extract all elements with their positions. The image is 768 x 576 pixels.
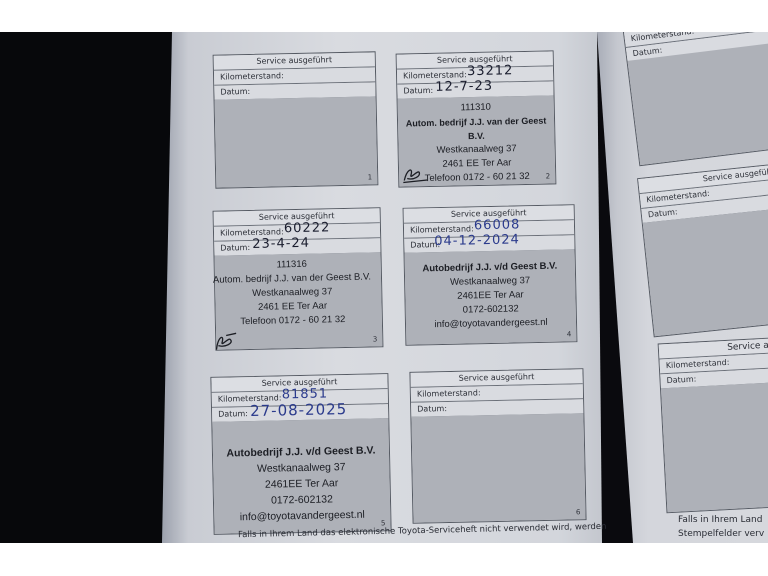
service-card-6: Service ausgeführt Kilometerstand: Datum…: [409, 368, 586, 524]
km-handwritten: 33212: [467, 64, 514, 79]
signature-icon: [212, 331, 240, 352]
right-page-footer: Falls in Ihrem Land Stempelfelder verv: [678, 513, 764, 541]
dealer-stamp: Autobedrijf J.J. v/d Geest B.V. Westkana…: [405, 259, 576, 333]
service-card-2: Service ausgeführt Kilometerstand:33212 …: [396, 50, 557, 187]
stamp-area: [215, 96, 378, 187]
card-number: 3: [373, 335, 378, 343]
dark-background: [0, 32, 172, 543]
card-number: 2: [546, 172, 551, 180]
dealer-stamp: Autobedrijf J.J. v/d Geest B.V. Westkana…: [213, 442, 391, 526]
stamp-area: Autobedrijf J.J. v/d Geest B.V. Westkana…: [405, 249, 577, 345]
date-handwritten: 12-7-23: [435, 80, 493, 95]
booklet-photo: Service ausgeführt Kilometerstand: Datum…: [0, 32, 768, 543]
km-handwritten: 60222: [284, 221, 331, 236]
service-card-5: Service ausgeführt Kilometerstand:81851 …: [210, 373, 391, 535]
stamp-area: [411, 413, 585, 523]
date-handwritten: 27-08-2025: [250, 402, 347, 418]
service-card-3: Service ausgeführt Kilometerstand:60222 …: [213, 207, 384, 350]
card-number: 4: [567, 330, 572, 338]
stamp-area: 111310 Autom. bedrijf J.J. van der Geest…: [398, 95, 556, 186]
service-card-4: Service ausgeführt Kilometerstand:66008 …: [403, 204, 578, 346]
stamp-area: 111316 Autom. bedrijf J.J. van der Geest…: [214, 252, 382, 349]
right-card-middle: Service ausgeführt Kilometerstand: Datum…: [637, 163, 768, 338]
stamp-area: [661, 382, 768, 513]
date-handwritten: 23-4-24: [252, 237, 310, 252]
right-card-bottom: Service ausg Kilometerstand: Datum:: [658, 337, 768, 514]
km-handwritten: 66008: [474, 218, 521, 233]
card-number: 6: [576, 508, 581, 516]
service-card-1: Service ausgeführt Kilometerstand: Datum…: [213, 51, 379, 188]
card-number: 1: [368, 173, 373, 181]
stamp-area: [643, 207, 768, 336]
stamp-area: [628, 42, 768, 165]
date-handwritten: 04-12-2024: [434, 233, 520, 249]
dealer-stamp: 111316 Autom. bedrijf J.J. van der Geest…: [203, 256, 382, 330]
signature-icon: [401, 164, 429, 185]
stamp-area: Autobedrijf J.J. v/d Geest B.V. Westkana…: [212, 418, 390, 534]
right-card-top: Kilometerstand: Datum:: [622, 32, 768, 166]
